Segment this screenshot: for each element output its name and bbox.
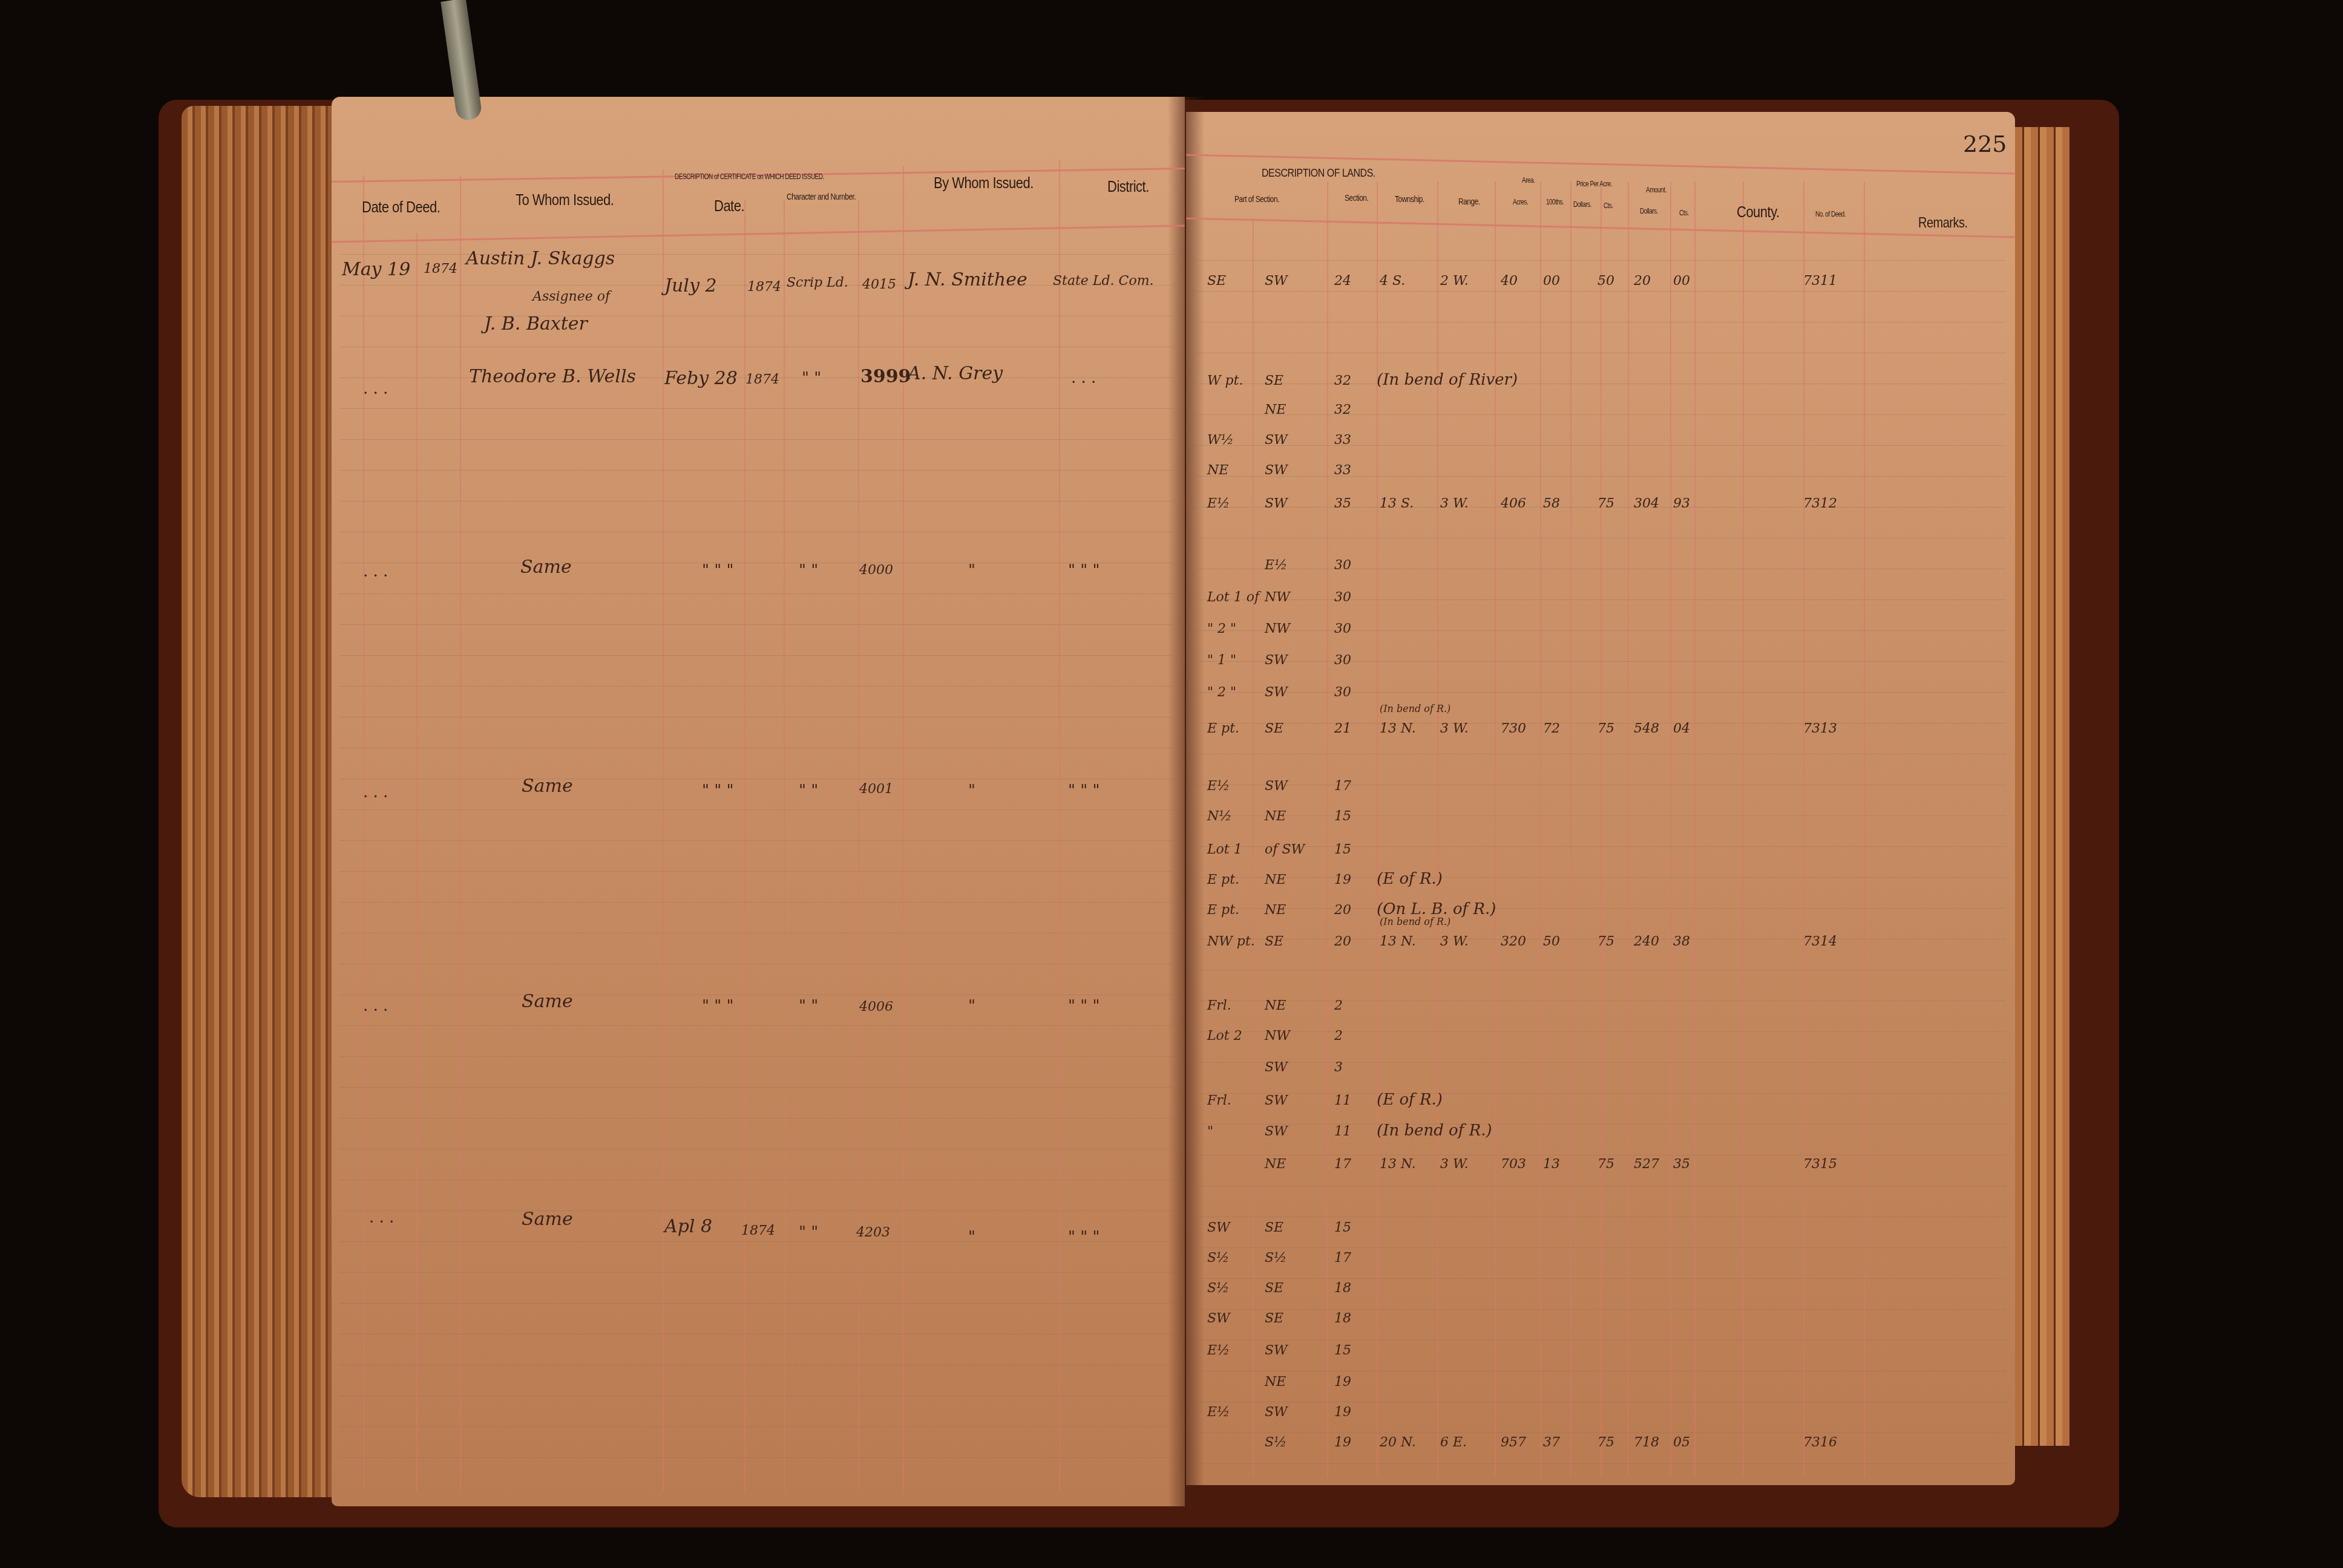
ruled-line bbox=[1195, 1247, 2006, 1248]
entry-3-date-ditto: . . . bbox=[363, 563, 388, 581]
header-area: Area. bbox=[1522, 177, 1535, 185]
land-line-part-of-section: N½ bbox=[1207, 809, 1232, 824]
header-date-of-deed: Date of Deed. bbox=[362, 198, 440, 217]
land-line-note: (E of R.) bbox=[1377, 870, 1443, 888]
ruled-line bbox=[339, 1180, 1174, 1180]
land-line-quarter: SW bbox=[1265, 1060, 1288, 1075]
ruled-line bbox=[1195, 445, 2006, 446]
entry-6-district: " " " bbox=[1068, 1228, 1099, 1246]
entry-3-to-whom: Same bbox=[520, 557, 572, 578]
ruled-line bbox=[339, 347, 1174, 347]
land-line-quarter: NE bbox=[1265, 1157, 1286, 1172]
land-line-part-of-section: NW pt. bbox=[1207, 934, 1255, 949]
entry-2-to-whom: Theodore B. Wells bbox=[469, 366, 636, 387]
ruled-line bbox=[1195, 661, 2006, 662]
entry-5-number: 4006 bbox=[859, 999, 893, 1014]
land-line-acres: 730 bbox=[1501, 721, 1526, 736]
header-hundredths: 100ths. bbox=[1546, 199, 1564, 207]
entry-1-date: May 19 bbox=[342, 259, 410, 280]
entry-2-district: . . . bbox=[1071, 369, 1096, 387]
ruled-line bbox=[339, 964, 1174, 964]
ruled-line bbox=[1195, 1217, 2006, 1217]
land-line-range: 6 E. bbox=[1440, 1435, 1467, 1450]
land-line-note: (In bend of R.) bbox=[1377, 1122, 1492, 1140]
ruled-line bbox=[339, 1210, 1174, 1211]
header-character-number: Character and Number. bbox=[787, 192, 856, 202]
land-line-section: 15 bbox=[1334, 1343, 1351, 1358]
ruled-line bbox=[339, 501, 1174, 501]
entry-2-cert-year: 1874 bbox=[745, 372, 779, 387]
land-line-quarter: SW bbox=[1265, 653, 1288, 668]
entry-6-by-whom: " bbox=[968, 1228, 975, 1246]
entry-5-character: " " bbox=[799, 997, 818, 1015]
land-line-part-of-section: E½ bbox=[1207, 1405, 1230, 1420]
land-line-township: 13 N. bbox=[1380, 934, 1416, 949]
header-county: County. bbox=[1737, 203, 1780, 221]
land-line-superscript-note: (In bend of R.) bbox=[1380, 703, 1450, 714]
land-line-price-per-acre: 75 bbox=[1597, 1157, 1614, 1172]
ruled-line bbox=[339, 871, 1174, 872]
header-part-of-section: Part of Section. bbox=[1234, 194, 1279, 204]
entry-3-character: " " bbox=[799, 561, 818, 580]
ruled-line bbox=[339, 254, 1174, 255]
land-line-note: (In bend of River) bbox=[1377, 371, 1518, 389]
land-line-quarter: SW bbox=[1265, 433, 1288, 448]
land-line-quarter: SE bbox=[1265, 1311, 1283, 1326]
col-rule bbox=[784, 200, 785, 1491]
col-rule bbox=[1743, 181, 1744, 1476]
land-line-amount-cts: 04 bbox=[1673, 721, 1690, 736]
header-amount-dollars: Dollars. bbox=[1640, 208, 1658, 216]
land-line-part-of-section: E pt. bbox=[1207, 872, 1239, 887]
entry-3-number: 4000 bbox=[859, 563, 893, 578]
header-no-of-deed: No. of Deed. bbox=[1815, 211, 1846, 219]
entry-3-cert-date: " " " bbox=[702, 561, 733, 580]
col-rule bbox=[460, 175, 461, 1491]
land-line-part-of-section: Lot 1 of bbox=[1207, 590, 1259, 605]
land-line-deed-number: 7314 bbox=[1803, 934, 1837, 949]
land-line-quarter: NE bbox=[1265, 872, 1286, 887]
ruled-line bbox=[1195, 1463, 2006, 1464]
land-line-section: 18 bbox=[1334, 1311, 1351, 1326]
land-line-section: 18 bbox=[1334, 1281, 1351, 1296]
entry-3-by-whom: " bbox=[968, 561, 975, 580]
entry-6-character: " " bbox=[799, 1223, 818, 1241]
col-rule bbox=[1253, 218, 1254, 1476]
land-line-section: 20 bbox=[1334, 903, 1351, 918]
land-line-hundredths: 00 bbox=[1543, 273, 1560, 289]
land-line-section: 24 bbox=[1334, 273, 1351, 289]
land-line-section: 15 bbox=[1334, 842, 1351, 857]
land-line-acres: 406 bbox=[1501, 496, 1526, 511]
land-line-amount-cts: 05 bbox=[1673, 1435, 1690, 1450]
ruled-line bbox=[1195, 1432, 2006, 1433]
land-line-amount-cts: 00 bbox=[1673, 273, 1690, 289]
land-line-quarter: of SW bbox=[1265, 842, 1305, 857]
land-line-range: 3 W. bbox=[1440, 721, 1469, 736]
land-line-quarter: S½ bbox=[1265, 1435, 1286, 1450]
entry-1-district: State Ld. Com. bbox=[1053, 273, 1154, 289]
col-rule bbox=[858, 200, 859, 1491]
land-line-township: 13 N. bbox=[1380, 1157, 1416, 1172]
land-line-section: 30 bbox=[1334, 621, 1351, 636]
header-amount-cts: Cts. bbox=[1679, 210, 1689, 218]
col-rule bbox=[744, 200, 745, 1491]
entry-1-to-whom-3: J. B. Baxter bbox=[484, 313, 588, 335]
ruled-line bbox=[339, 1426, 1174, 1427]
header-district: District. bbox=[1107, 177, 1149, 196]
ruled-line bbox=[1195, 414, 2006, 415]
ruled-line bbox=[339, 902, 1174, 903]
col-rule bbox=[1803, 181, 1804, 1476]
land-line-part-of-section: SE bbox=[1207, 273, 1226, 289]
entry-2-cert-date: Feby 28 bbox=[664, 368, 738, 389]
land-line-quarter: NE bbox=[1265, 402, 1286, 417]
header-certificate-description: DESCRIPTION of CERTIFICATE on WHICH DEED… bbox=[675, 174, 824, 181]
header-description-of-lands: DESCRIPTION OF LANDS. bbox=[1262, 167, 1375, 180]
header-price-cts: Cts. bbox=[1604, 203, 1613, 211]
land-line-amount-dollars: 527 bbox=[1634, 1157, 1659, 1172]
land-line-quarter: SW bbox=[1265, 273, 1288, 289]
land-line-section: 17 bbox=[1334, 779, 1351, 794]
land-line-part-of-section: " 1 " bbox=[1207, 653, 1236, 668]
entry-1-cert-year: 1874 bbox=[747, 279, 781, 295]
land-line-part-of-section: Frl. bbox=[1207, 1093, 1231, 1108]
land-line-part-of-section: E½ bbox=[1207, 496, 1230, 511]
land-line-section: 20 bbox=[1334, 934, 1351, 949]
land-line-part-of-section: W½ bbox=[1207, 433, 1234, 448]
entry-2-number: 3999 bbox=[860, 366, 911, 387]
col-rule bbox=[1601, 181, 1602, 1476]
land-line-part-of-section: " 2 " bbox=[1207, 621, 1236, 636]
land-line-deed-number: 7315 bbox=[1803, 1157, 1837, 1172]
land-line-part-of-section: Frl. bbox=[1207, 998, 1231, 1013]
ruled-line bbox=[339, 408, 1174, 409]
entry-6-number: 4203 bbox=[856, 1225, 890, 1240]
page-number: 225 bbox=[1963, 131, 2007, 157]
ruled-line bbox=[1195, 692, 2006, 693]
land-line-amount-dollars: 548 bbox=[1634, 721, 1659, 736]
land-line-price-per-acre: 75 bbox=[1597, 721, 1614, 736]
page-stack-left bbox=[182, 106, 333, 1497]
ruled-line bbox=[339, 439, 1174, 440]
ruled-line bbox=[1195, 630, 2006, 631]
ruled-line bbox=[339, 1025, 1174, 1026]
ruled-line bbox=[1195, 1186, 2006, 1186]
col-rule bbox=[1059, 160, 1060, 1491]
ruled-line bbox=[1195, 322, 2006, 322]
land-line-price-per-acre: 75 bbox=[1597, 1435, 1614, 1450]
entry-4-cert-date: " " " bbox=[702, 782, 733, 800]
land-line-quarter: E½ bbox=[1265, 558, 1287, 573]
entry-6-to-whom: Same bbox=[522, 1209, 573, 1230]
land-line-hundredths: 37 bbox=[1543, 1435, 1560, 1450]
land-line-section: 17 bbox=[1334, 1157, 1351, 1172]
land-line-part-of-section: NE bbox=[1207, 463, 1228, 478]
ruled-line bbox=[339, 1056, 1174, 1057]
ruled-line bbox=[339, 532, 1174, 532]
ruled-line bbox=[1195, 785, 2006, 785]
land-line-quarter: NW bbox=[1265, 1028, 1290, 1044]
col-rule bbox=[1327, 181, 1328, 1476]
ruled-line bbox=[1195, 1093, 2006, 1094]
land-line-section: 35 bbox=[1334, 496, 1351, 511]
header-remarks: Remarks. bbox=[1918, 215, 1968, 232]
entry-3-district: " " " bbox=[1068, 561, 1099, 580]
land-line-acres: 40 bbox=[1501, 273, 1518, 289]
land-line-deed-number: 7311 bbox=[1803, 273, 1837, 289]
entry-1-number: 4015 bbox=[862, 277, 896, 292]
entry-4-number: 4001 bbox=[859, 782, 893, 797]
land-line-part-of-section: Lot 1 bbox=[1207, 842, 1242, 857]
entry-5-cert-date: " " " bbox=[702, 997, 733, 1015]
land-line-price-per-acre: 75 bbox=[1597, 496, 1614, 511]
land-line-township: 4 S. bbox=[1380, 273, 1405, 289]
land-line-amount-dollars: 240 bbox=[1634, 934, 1659, 949]
land-line-section: 19 bbox=[1334, 872, 1351, 887]
land-line-price-per-acre: 50 bbox=[1597, 273, 1614, 289]
land-line-range: 2 W. bbox=[1440, 273, 1469, 289]
land-line-quarter: SE bbox=[1265, 373, 1283, 388]
ruled-line bbox=[339, 686, 1174, 687]
ruled-line bbox=[339, 779, 1174, 779]
entry-1-to-whom-2: Assignee of bbox=[532, 289, 610, 304]
header-acres: Acres. bbox=[1513, 199, 1528, 207]
land-line-section: 3 bbox=[1334, 1060, 1343, 1075]
entry-2-by-whom: A. N. Grey bbox=[908, 363, 1003, 384]
land-line-section: 19 bbox=[1334, 1435, 1351, 1450]
land-line-amount-cts: 93 bbox=[1673, 496, 1690, 511]
land-line-section: 2 bbox=[1334, 1028, 1343, 1044]
ruled-line bbox=[339, 1149, 1174, 1149]
land-line-section: 15 bbox=[1334, 1220, 1351, 1235]
land-line-section: 17 bbox=[1334, 1250, 1351, 1266]
ruled-line bbox=[339, 933, 1174, 933]
header-section: Section. bbox=[1345, 193, 1368, 203]
entry-5-district: " " " bbox=[1068, 997, 1099, 1015]
ruled-line bbox=[339, 1396, 1174, 1396]
land-line-part-of-section: E pt. bbox=[1207, 903, 1239, 918]
land-line-section: 33 bbox=[1334, 433, 1351, 448]
land-line-quarter: SW bbox=[1265, 1405, 1288, 1420]
ruled-line bbox=[1195, 599, 2006, 600]
land-line-quarter: NW bbox=[1265, 621, 1290, 636]
ruled-line bbox=[1195, 476, 2006, 477]
land-line-part-of-section: W pt. bbox=[1207, 373, 1244, 388]
ruled-line bbox=[1195, 846, 2006, 847]
header-amount: Amount. bbox=[1646, 187, 1666, 195]
entry-6-date-ditto: . . . bbox=[369, 1209, 394, 1227]
header-price-per-acre: Price Per Acre. bbox=[1576, 181, 1612, 189]
header-cert-date: Date. bbox=[714, 197, 744, 215]
col-rule bbox=[1670, 181, 1671, 1476]
ruled-line bbox=[339, 593, 1174, 594]
ruled-line bbox=[339, 316, 1174, 316]
land-line-quarter: SW bbox=[1265, 463, 1288, 478]
land-line-section: 30 bbox=[1334, 558, 1351, 573]
land-line-quarter: SE bbox=[1265, 1220, 1283, 1235]
land-line-range: 3 W. bbox=[1440, 496, 1469, 511]
land-line-township: 13 N. bbox=[1380, 721, 1416, 736]
land-line-section: 19 bbox=[1334, 1405, 1351, 1420]
entry-4-character: " " bbox=[799, 782, 818, 800]
ruled-line bbox=[339, 655, 1174, 656]
land-line-part-of-section: S½ bbox=[1207, 1250, 1229, 1266]
header-price-dollars: Dollars. bbox=[1573, 201, 1591, 209]
land-line-hundredths: 58 bbox=[1543, 496, 1560, 511]
col-rule bbox=[903, 166, 904, 1491]
land-line-quarter: NE bbox=[1265, 998, 1286, 1013]
ruled-line bbox=[339, 1272, 1174, 1273]
ruled-line bbox=[339, 563, 1174, 563]
entry-1-character: Scrip Ld. bbox=[787, 275, 848, 290]
land-line-part-of-section: SW bbox=[1207, 1220, 1230, 1235]
ruled-line bbox=[1195, 384, 2006, 384]
land-line-acres: 703 bbox=[1501, 1157, 1526, 1172]
land-line-part-of-section: " bbox=[1207, 1124, 1213, 1139]
ruled-line bbox=[339, 1457, 1174, 1458]
land-line-quarter: SE bbox=[1265, 1281, 1283, 1296]
land-line-range: 3 W. bbox=[1440, 1157, 1469, 1172]
ruled-line bbox=[1195, 1402, 2006, 1402]
land-line-amount-cts: 38 bbox=[1673, 934, 1690, 949]
ruled-line bbox=[1195, 1278, 2006, 1279]
entry-4-to-whom: Same bbox=[522, 776, 573, 797]
ruled-line bbox=[339, 1365, 1174, 1365]
book-gutter bbox=[1168, 97, 1204, 1506]
land-line-deed-number: 7316 bbox=[1803, 1435, 1837, 1450]
land-line-superscript-note: (In bend of R.) bbox=[1380, 916, 1450, 927]
ruled-line bbox=[339, 1241, 1174, 1242]
land-line-part-of-section: E½ bbox=[1207, 779, 1230, 794]
ruled-line bbox=[339, 1303, 1174, 1304]
land-line-quarter: SE bbox=[1265, 721, 1283, 736]
land-line-deed-number: 7312 bbox=[1803, 496, 1837, 511]
land-line-acres: 957 bbox=[1501, 1435, 1526, 1450]
ruled-line bbox=[1195, 815, 2006, 816]
ruled-line bbox=[1195, 538, 2006, 538]
entry-2-date-ditto: . . . bbox=[363, 380, 388, 398]
col-rule bbox=[1540, 181, 1541, 1476]
land-line-section: 11 bbox=[1334, 1124, 1351, 1139]
land-line-amount-dollars: 304 bbox=[1634, 496, 1659, 511]
header-by-whom-issued: By Whom Issued. bbox=[934, 174, 1034, 192]
ruled-line bbox=[1195, 754, 2006, 754]
land-line-section: 32 bbox=[1334, 373, 1351, 388]
land-line-part-of-section: E½ bbox=[1207, 1343, 1230, 1358]
land-line-quarter: SW bbox=[1265, 1124, 1288, 1139]
land-line-quarter: NW bbox=[1265, 590, 1290, 605]
col-rule bbox=[1864, 181, 1865, 1476]
ruled-line bbox=[1195, 569, 2006, 569]
land-line-section: 30 bbox=[1334, 685, 1351, 700]
land-line-quarter: SW bbox=[1265, 779, 1288, 794]
entry-6-cert-year: 1874 bbox=[741, 1223, 775, 1238]
land-line-quarter: NE bbox=[1265, 1374, 1286, 1390]
entry-1-year: 1874 bbox=[424, 261, 457, 276]
entry-1-to-whom: Austin J. Skaggs bbox=[466, 248, 615, 269]
land-line-part-of-section: S½ bbox=[1207, 1281, 1229, 1296]
ruled-line bbox=[339, 624, 1174, 625]
land-line-section: 11 bbox=[1334, 1093, 1351, 1108]
ruled-line bbox=[1195, 1124, 2006, 1125]
ruled-line bbox=[339, 995, 1174, 995]
ruled-line bbox=[339, 840, 1174, 841]
land-line-part-of-section: Lot 2 bbox=[1207, 1028, 1242, 1044]
ruled-line bbox=[1195, 1031, 2006, 1032]
ruled-line bbox=[1195, 1155, 2006, 1155]
land-line-quarter: SW bbox=[1265, 1343, 1288, 1358]
land-line-quarter: SE bbox=[1265, 934, 1283, 949]
land-line-part-of-section: SW bbox=[1207, 1311, 1230, 1326]
col-rule bbox=[363, 175, 364, 1488]
col-rule bbox=[1694, 181, 1696, 1476]
col-rule bbox=[416, 233, 418, 1491]
entry-5-date-ditto: . . . bbox=[363, 997, 388, 1015]
entry-1-by-whom: J. N. Smithee bbox=[908, 269, 1027, 290]
col-rule bbox=[1628, 181, 1629, 1476]
land-line-section: 19 bbox=[1334, 1374, 1351, 1390]
ruled-line bbox=[1195, 1371, 2006, 1371]
land-line-section: 33 bbox=[1334, 463, 1351, 478]
entry-5-to-whom: Same bbox=[522, 991, 573, 1012]
land-line-amount-dollars: 20 bbox=[1634, 273, 1651, 289]
ruled-line bbox=[1195, 1340, 2006, 1341]
header-range: Range. bbox=[1458, 197, 1480, 207]
land-line-quarter: NE bbox=[1265, 809, 1286, 824]
land-line-quarter: NE bbox=[1265, 903, 1286, 918]
ruled-line bbox=[1195, 291, 2006, 292]
land-line-section: 15 bbox=[1334, 809, 1351, 824]
header-township: Township. bbox=[1395, 194, 1424, 204]
land-line-hundredths: 13 bbox=[1543, 1157, 1560, 1172]
ruled-line bbox=[339, 717, 1174, 717]
land-line-quarter: SW bbox=[1265, 1093, 1288, 1108]
land-line-hundredths: 72 bbox=[1543, 721, 1560, 736]
land-line-note: (E of R.) bbox=[1377, 1091, 1443, 1109]
ruled-line bbox=[339, 1087, 1174, 1088]
ruled-line bbox=[1195, 1309, 2006, 1310]
col-rule bbox=[663, 169, 664, 1491]
land-line-section: 21 bbox=[1334, 721, 1351, 736]
land-line-deed-number: 7313 bbox=[1803, 721, 1837, 736]
entry-1-cert-date: July 2 bbox=[664, 275, 717, 296]
land-line-amount-cts: 35 bbox=[1673, 1157, 1690, 1172]
land-line-price-per-acre: 75 bbox=[1597, 934, 1614, 949]
land-line-amount-dollars: 718 bbox=[1634, 1435, 1659, 1450]
land-line-hundredths: 50 bbox=[1543, 934, 1560, 949]
land-line-section: 30 bbox=[1334, 590, 1351, 605]
entry-4-by-whom: " bbox=[968, 782, 975, 800]
land-line-part-of-section: " 2 " bbox=[1207, 685, 1236, 700]
land-line-township: 13 S. bbox=[1380, 496, 1414, 511]
ruled-line bbox=[339, 809, 1174, 810]
ruled-line bbox=[339, 1334, 1174, 1334]
ruled-line bbox=[1195, 353, 2006, 353]
ruled-line bbox=[1195, 970, 2006, 970]
entry-4-district: " " " bbox=[1068, 782, 1099, 800]
entry-5-by-whom: " bbox=[968, 997, 975, 1015]
entry-2-character: " " bbox=[802, 369, 821, 387]
col-rule bbox=[1570, 181, 1571, 1476]
land-line-township: 20 N. bbox=[1380, 1435, 1416, 1450]
page-stack-right bbox=[2015, 127, 2069, 1446]
ruled-line bbox=[1195, 877, 2006, 878]
entry-6-cert-date: Apl 8 bbox=[664, 1216, 712, 1237]
land-line-quarter: SW bbox=[1265, 685, 1288, 700]
ruled-line bbox=[1195, 1001, 2006, 1001]
land-line-section: 32 bbox=[1334, 402, 1351, 417]
